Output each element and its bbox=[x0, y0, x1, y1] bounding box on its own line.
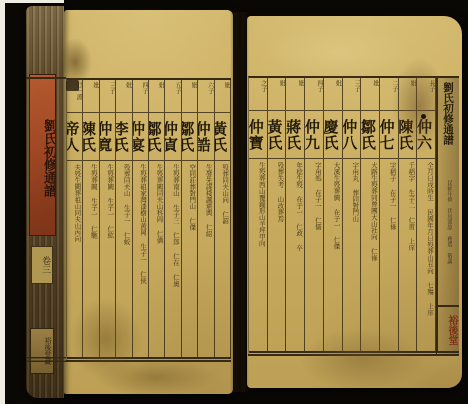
entry-details: 生殁葬砠家灣漆樹山黃岡 生子一 仁俠 bbox=[133, 161, 148, 357]
entry-rank-label: 三子 bbox=[343, 78, 361, 111]
entry-rank-label: 之子 bbox=[249, 78, 267, 111]
entry-name: 帝人 bbox=[67, 113, 82, 161]
genealogy-entry-column: 妣 黃氏 殁葬失考 山改葬焉 bbox=[268, 78, 287, 351]
genealogy-entry-column: 五子 仲寊 生殁葬南山 生子三 仁郎 仁在 仁奧 bbox=[165, 80, 181, 357]
entry-name: 仲寶 bbox=[249, 111, 267, 159]
entry-details: 殁葬同夫山 生子一 仁蛟 bbox=[116, 161, 131, 357]
frame-bottom-line-spine bbox=[26, 357, 66, 362]
page-gutter-shadow bbox=[230, 12, 249, 392]
spine-bottom-tag: 裕後堂藏 bbox=[30, 328, 54, 374]
entry-details: 年稔生殁 在子一 仁政 卒 bbox=[286, 159, 304, 351]
genealogy-entry-column: 三子 仲寬 生殁葬闕 生子一 仁紘 bbox=[100, 80, 116, 357]
fore-edge-hall-mark: 裕後堂 bbox=[438, 305, 459, 351]
left-page-text-block: 廿一派 帝人 夫殁生闕葬祖山同夫山丙向 妣 陳氏 生殁葬闕 生子一 仁馳 三子 … bbox=[66, 78, 231, 362]
entry-rank-label: 六子 bbox=[198, 80, 213, 113]
scan-edge-left bbox=[0, 0, 5, 404]
entry-name: 陳氏 bbox=[83, 113, 98, 161]
genealogy-entry-column: 長子 仲六 全月日戌時生 民國年月日殁葬山丑向 七殤 上庠 bbox=[417, 78, 436, 351]
frame-top-line-spine bbox=[26, 77, 66, 79]
entry-rank-label: 二子 bbox=[380, 78, 398, 111]
entry-name: 鄒氏 bbox=[149, 113, 164, 161]
entry-rank-label: 妣 bbox=[215, 80, 230, 113]
entry-name: 仲六 bbox=[417, 111, 435, 159]
entry-rank-label: 妣 bbox=[286, 78, 304, 111]
entry-details: 生殁葬闕 生子一 仁紘 bbox=[100, 161, 115, 357]
genealogy-entry-column: 之子 仲寶 生殁葬西山覆鐘形山羊坪甲向 bbox=[249, 78, 268, 351]
entry-details: 字甪丸 葬同對門山 bbox=[343, 159, 361, 351]
right-page-columns: 之子 仲寶 生殁葬西山覆鐘形山羊坪甲向 妣 黃氏 殁葬失考 山改葬焉 妣 蔣氏 … bbox=[249, 78, 436, 351]
genealogy-entry-column: 三子 仲八 字甪丸 葬同對門山 bbox=[343, 78, 362, 351]
entry-name: 仲寬 bbox=[100, 113, 115, 161]
entry-name: 鄒氏 bbox=[361, 111, 379, 159]
spine-volume-tag: 卷三 bbox=[31, 246, 53, 284]
entry-name: 仲七 bbox=[380, 111, 398, 159]
entry-rank-label: 妣 bbox=[399, 78, 417, 111]
entry-name: 仲八 bbox=[343, 111, 361, 159]
entry-rank-label: 妣 bbox=[361, 78, 379, 111]
entry-details: 千稻字 生子二 仁甫 上庠 bbox=[399, 159, 417, 351]
entry-name: 黃氏 bbox=[215, 113, 230, 161]
entry-name: 鄒氏 bbox=[182, 113, 197, 161]
entry-rank-label: 妣 bbox=[324, 78, 342, 111]
entry-details: 殁葬同夫山向 仁韶 bbox=[215, 161, 230, 357]
genealogy-entry-column: 四子 仲九 字甪処 在子一 仁儒 bbox=[305, 78, 324, 351]
entry-details: 生發先謀棧諷堪輿 仁紹 bbox=[198, 161, 213, 357]
entry-rank-label: 三子 bbox=[100, 80, 115, 113]
left-page: 廿一派 帝人 夫殁生闕葬祖山同夫山丙向 妣 陳氏 生殁葬闕 生子一 仁馳 三子 … bbox=[64, 10, 233, 394]
genealogy-entry-column: 妣 慶氏 大溪生殁葬興 在子一 仁傑 bbox=[324, 78, 343, 351]
genealogy-entry-column: 妣 蔣氏 年稔生殁 在子一 仁政 卒 bbox=[286, 78, 305, 351]
entry-rank-label: 四子 bbox=[305, 78, 323, 111]
genealogy-entry-column: 妣 李氏 殁葬同夫山 生子一 仁蛟 bbox=[116, 80, 132, 357]
entry-rank-label: 五子 bbox=[165, 80, 180, 113]
entry-name: 仲誥 bbox=[198, 113, 213, 161]
spine-title-label: 劉氏初修通譜 bbox=[29, 74, 56, 236]
entry-details: 大路生殁葬同曾團大山社向 仁祿 bbox=[361, 159, 379, 351]
genealogy-entry-column: 妣 鄒氏 大路生殁葬同曾團大山社向 仁祿 bbox=[361, 78, 380, 351]
genealogy-entry-column: 妣 鄒氏 生殁葬闕同夫山科岡 仁倎 bbox=[149, 80, 165, 357]
entry-details: 字稻子 在子一 仁祿 bbox=[380, 159, 398, 351]
genealogy-entry-column: 二子 仲七 字稻子 在子一 仁祿 bbox=[380, 78, 399, 351]
entry-details: 空同莊葬對門山 仁傑 bbox=[182, 161, 197, 357]
entry-name: 陳氏 bbox=[399, 111, 417, 159]
genealogy-entry-column: 四子 仲宴 生殁葬砠家灣漆樹山黃岡 生子一 仁俠 bbox=[133, 80, 149, 357]
genealogy-entry-column: 妣 陳氏 生殁葬闕 生子一 仁馳 bbox=[83, 80, 99, 357]
left-page-columns: 廿一派 帝人 夫殁生闕葬祖山同夫山丙向 妣 陳氏 生殁葬闕 生子一 仁馳 三子 … bbox=[67, 80, 231, 357]
entry-details: 生殁葬闕同夫山科岡 仁倎 bbox=[149, 161, 164, 357]
genealogy-entry-column: 妣 黃氏 殁葬同夫山向 仁韶 bbox=[215, 80, 231, 357]
entry-name: 仲九 bbox=[305, 111, 323, 159]
entry-details: 夫殁生闕葬祖山同夫山丙向 bbox=[67, 161, 82, 357]
entry-name: 李氏 bbox=[116, 113, 131, 161]
genealogy-book-photo: 劉氏初修通譜 卷三 裕後堂藏 廿一派 帝人 夫殁生闕葬祖山同夫山丙向 妣 陳氏 … bbox=[0, 0, 468, 404]
entry-details: 生殁葬闕 生子一 仁馳 bbox=[83, 161, 98, 357]
ink-blot bbox=[66, 80, 79, 91]
entry-rank-label: 妣 bbox=[116, 80, 131, 113]
ink-speck bbox=[421, 114, 426, 119]
entry-details: 殁葬失考 山改葬焉 bbox=[268, 159, 286, 351]
entry-details: 大溪生殁葬興 在子一 仁傑 bbox=[324, 159, 342, 351]
genealogy-entry-column: 妣 陳氏 千稻字 生子二 仁甫 上庠 bbox=[399, 78, 418, 351]
fore-edge-title: 劉氏初修通譜 bbox=[441, 82, 456, 174]
genealogy-entry-column: 六子 仲誥 生發先謀棧諷堪輿 仁紹 bbox=[198, 80, 214, 357]
entry-rank-label: 妣 bbox=[149, 80, 164, 113]
scan-edge-top bbox=[0, 0, 64, 3]
genealogy-entry-column: 妣 鄒氏 空同莊葬對門山 仁傑 bbox=[182, 80, 198, 357]
entry-name: 慶氏 bbox=[324, 111, 342, 159]
entry-rank-label: 妣 bbox=[268, 78, 286, 111]
entry-details: 全月日戌時生 民國年月日殁葬山丑向 七殤 上庠 bbox=[417, 159, 435, 351]
fore-edge-strip: 劉氏初修通譜 民國年修 伏房派副 務農 敬識 裕後堂 bbox=[436, 76, 459, 356]
fore-edge-notes: 民國年修 伏房派副 務農 敬識 bbox=[445, 174, 452, 305]
entry-details: 字甪処 在子一 仁儒 bbox=[305, 159, 323, 351]
entry-name: 黃氏 bbox=[268, 111, 286, 159]
entry-details: 生殁葬南山 生子三 仁郎 仁在 仁奧 bbox=[165, 161, 180, 357]
genealogy-entry-column: 廿一派 帝人 夫殁生闕葬祖山同夫山丙向 bbox=[67, 80, 83, 357]
entry-rank-label: 妣 bbox=[182, 80, 197, 113]
entry-rank-label: 長子 bbox=[417, 78, 435, 111]
entry-details: 生殁葬西山覆鐘形山羊坪甲向 bbox=[249, 159, 267, 351]
entry-name: 仲宴 bbox=[133, 113, 148, 161]
right-page-text-block: 之子 仲寶 生殁葬西山覆鐘形山羊坪甲向 妣 黃氏 殁葬失考 山改葬焉 妣 蔣氏 … bbox=[248, 76, 436, 356]
entry-name: 蔣氏 bbox=[286, 111, 304, 159]
entry-rank-label: 四子 bbox=[133, 80, 148, 113]
entry-rank-label: 妣 bbox=[83, 80, 98, 113]
entry-name: 仲寊 bbox=[165, 113, 180, 161]
right-page: 之子 仲寶 生殁葬西山覆鐘形山羊坪甲向 妣 黃氏 殁葬失考 山改葬焉 妣 蔣氏 … bbox=[247, 16, 462, 388]
